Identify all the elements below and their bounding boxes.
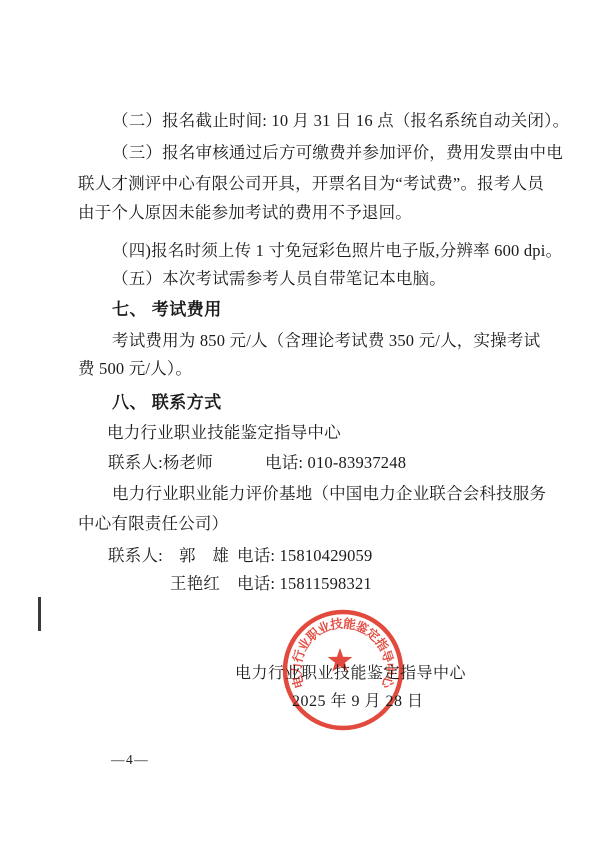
paragraph-line: 由于个人原因未能参加考试的费用不予退回。 — [78, 200, 412, 226]
contact-phone: 电话: 15810429059 — [237, 543, 372, 569]
document-page: （二）报名截止时间: 10 月 31 日 16 点（报名系统自动关闭）。 （三）… — [0, 0, 596, 842]
contact-row: 联系人: 郭 雄 电话: 15810429059 — [78, 543, 522, 569]
contact-person-label: 联系人:杨老师 — [108, 450, 213, 476]
paragraph-line: （五）本次考试需参考人员自带笔记本电脑。 — [112, 266, 446, 292]
paragraph-line: （二）报名截止时间: 10 月 31 日 16 点（报名系统自动关闭）。 — [112, 108, 569, 134]
signature-date: 2025 年 9 月 28 日 — [292, 689, 424, 715]
spine-mark — [38, 597, 41, 631]
contact-phone: 电话: 15811598321 — [237, 571, 372, 597]
paragraph-line: 考试费用为 850 元/人（含理论考试费 350 元/人，实操考试 — [112, 328, 540, 354]
contact-row: 联系人:杨老师 电话: 010-83937248 — [78, 450, 522, 476]
paragraph-line: （三）报名审核通过后方可缴费并参加评价，费用发票由中电 — [112, 140, 563, 166]
contact-phone: 电话: 010-83937248 — [265, 450, 406, 476]
contact-person-label: 联系人: — [108, 543, 163, 569]
section-heading-contact: 八、 联系方式 — [112, 390, 222, 416]
contact-org2-line1: 电力行业职业能力评价基地（中国电力企业联合会科技服务 — [112, 481, 546, 507]
contact-person-name: 王艳红 — [170, 571, 220, 597]
page-number: —4— — [111, 752, 149, 768]
paragraph-line: 联人才测评中心有限公司开具，开票名目为“考试费”。报考人员 — [78, 171, 544, 197]
contact-person-name: 郭 雄 — [179, 543, 229, 569]
signature-organization: 电力行业职业技能鉴定指导中心 — [235, 661, 466, 687]
paragraph-line: 费 500 元/人）。 — [78, 356, 192, 382]
contact-org2-line2: 中心有限责任公司） — [78, 511, 228, 537]
contact-org-name: 电力行业职业技能鉴定指导中心 — [107, 420, 341, 446]
contact-row: 王艳红 电话: 15811598321 — [78, 571, 522, 597]
section-heading-exam-fee: 七、 考试费用 — [112, 297, 222, 323]
paragraph-line: （四)报名时须上传 1 寸免冠彩色照片电子版,分辨率 600 dpi。 — [112, 238, 562, 264]
